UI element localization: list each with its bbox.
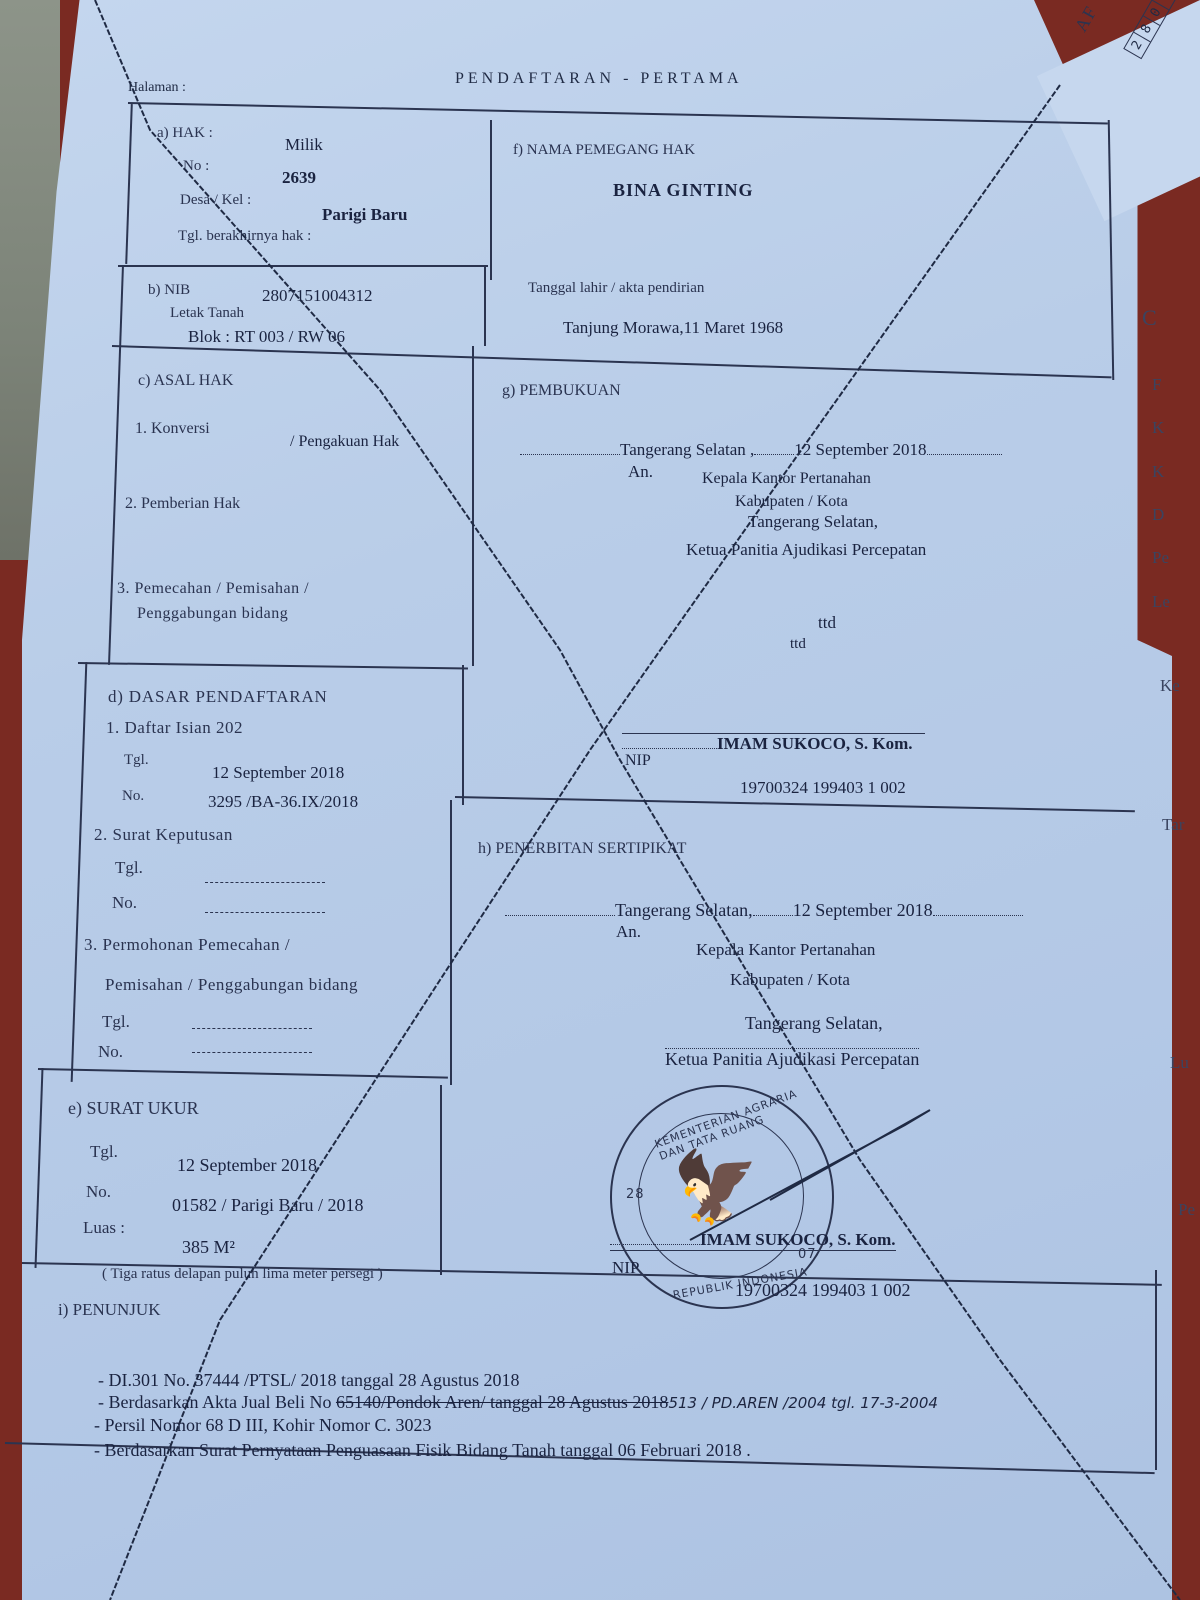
cancellation-cross-mark [0,0,1200,1600]
